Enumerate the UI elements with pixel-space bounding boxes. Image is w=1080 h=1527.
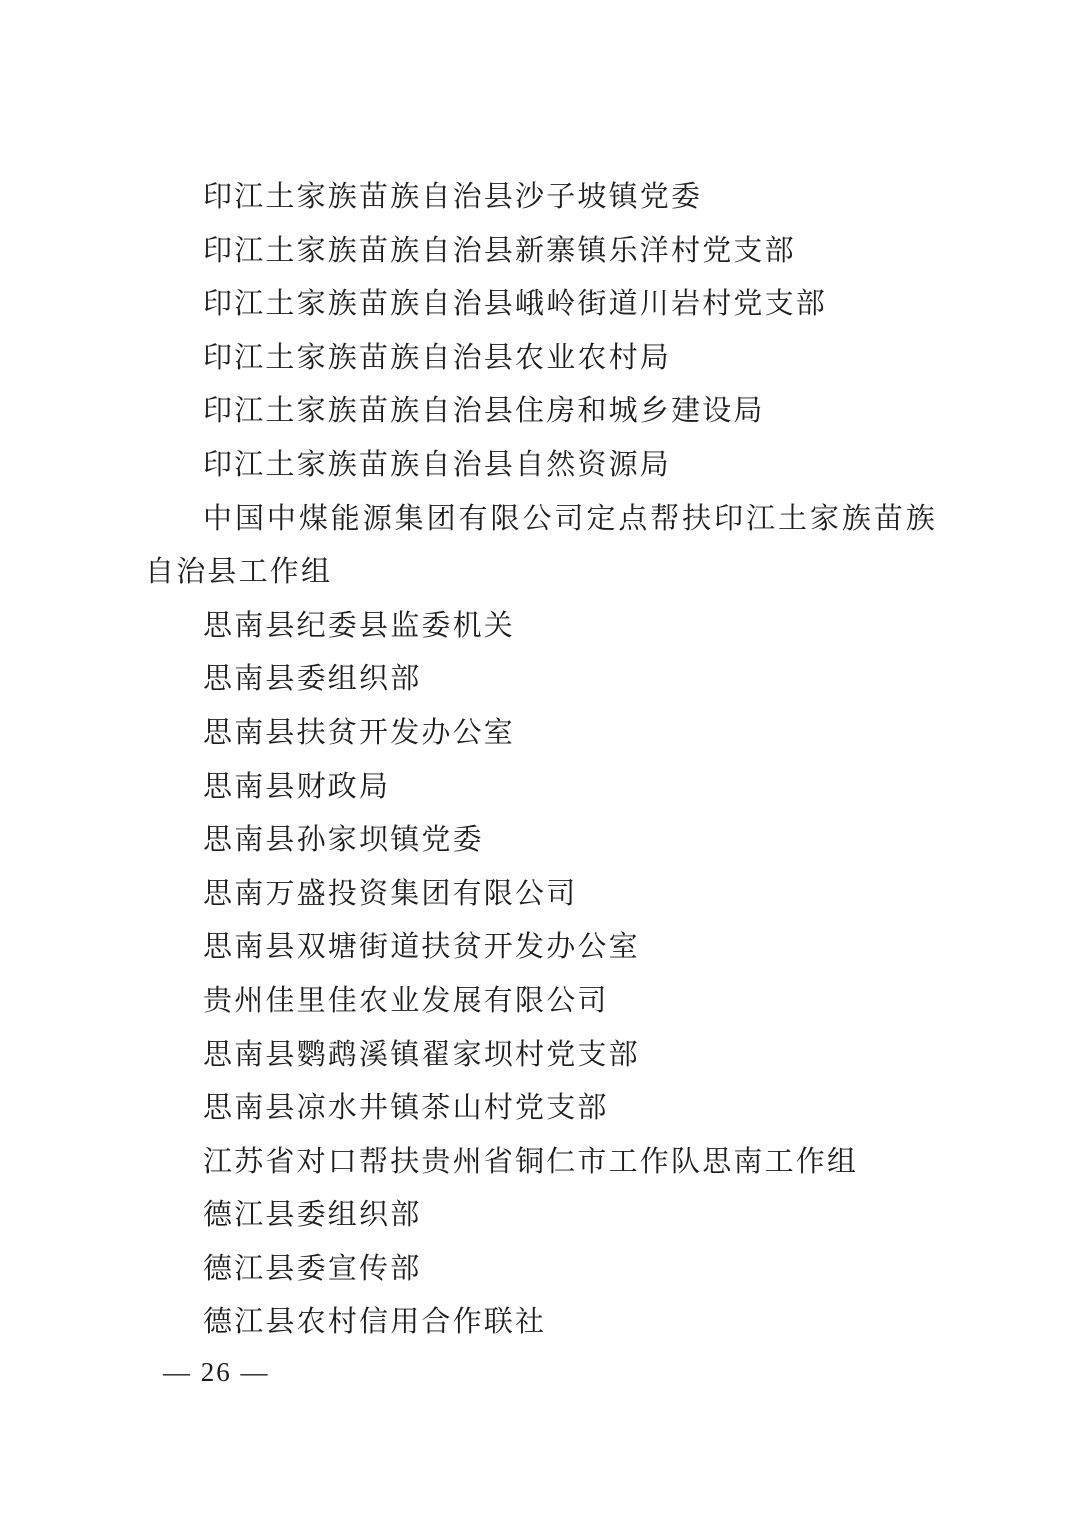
org-list-item: 中国中煤能源集团有限公司定点帮扶印江土家族苗族自治县工作组: [145, 493, 937, 600]
org-list-item: 印江土家族苗族自治县沙子坡镇党委: [145, 171, 937, 225]
org-list-item: 思南县纪委县监委机关: [145, 600, 937, 654]
org-list-item: 印江土家族苗族自治县自然资源局: [145, 439, 937, 493]
org-list-item: 思南县鹦鹉溪镇翟家坝村党支部: [145, 1029, 937, 1083]
org-list-item: 印江土家族苗族自治县新寨镇乐洋村党支部: [145, 225, 937, 279]
org-list-item: 贵州佳里佳农业发展有限公司: [145, 975, 937, 1029]
org-list-item: 思南县凉水井镇茶山村党支部: [145, 1082, 937, 1136]
document-page: 印江土家族苗族自治县沙子坡镇党委 印江土家族苗族自治县新寨镇乐洋村党支部 印江土…: [0, 0, 1080, 1527]
org-list-item: 思南县委组织部: [145, 653, 937, 707]
org-list-item: 思南县双塘街道扶贫开发办公室: [145, 921, 937, 975]
org-list: 印江土家族苗族自治县沙子坡镇党委 印江土家族苗族自治县新寨镇乐洋村党支部 印江土…: [145, 171, 937, 1350]
org-list-item: 印江土家族苗族自治县农业农村局: [145, 332, 937, 386]
org-list-item: 思南万盛投资集团有限公司: [145, 868, 937, 922]
org-list-item: 德江县农村信用合作联社: [145, 1296, 937, 1350]
page-footer: — 26 —: [163, 1352, 270, 1392]
org-list-item: 印江土家族苗族自治县峨岭街道川岩村党支部: [145, 278, 937, 332]
org-list-item: 印江土家族苗族自治县住房和城乡建设局: [145, 385, 937, 439]
org-list-item: 思南县财政局: [145, 761, 937, 815]
org-list-item: 江苏省对口帮扶贵州省铜仁市工作队思南工作组: [145, 1136, 937, 1190]
org-list-item: 思南县孙家坝镇党委: [145, 814, 937, 868]
org-list-item: 思南县扶贫开发办公室: [145, 707, 937, 761]
org-list-item: 德江县委宣传部: [145, 1243, 937, 1297]
org-list-item: 德江县委组织部: [145, 1189, 937, 1243]
page-number: — 26 —: [163, 1357, 270, 1387]
